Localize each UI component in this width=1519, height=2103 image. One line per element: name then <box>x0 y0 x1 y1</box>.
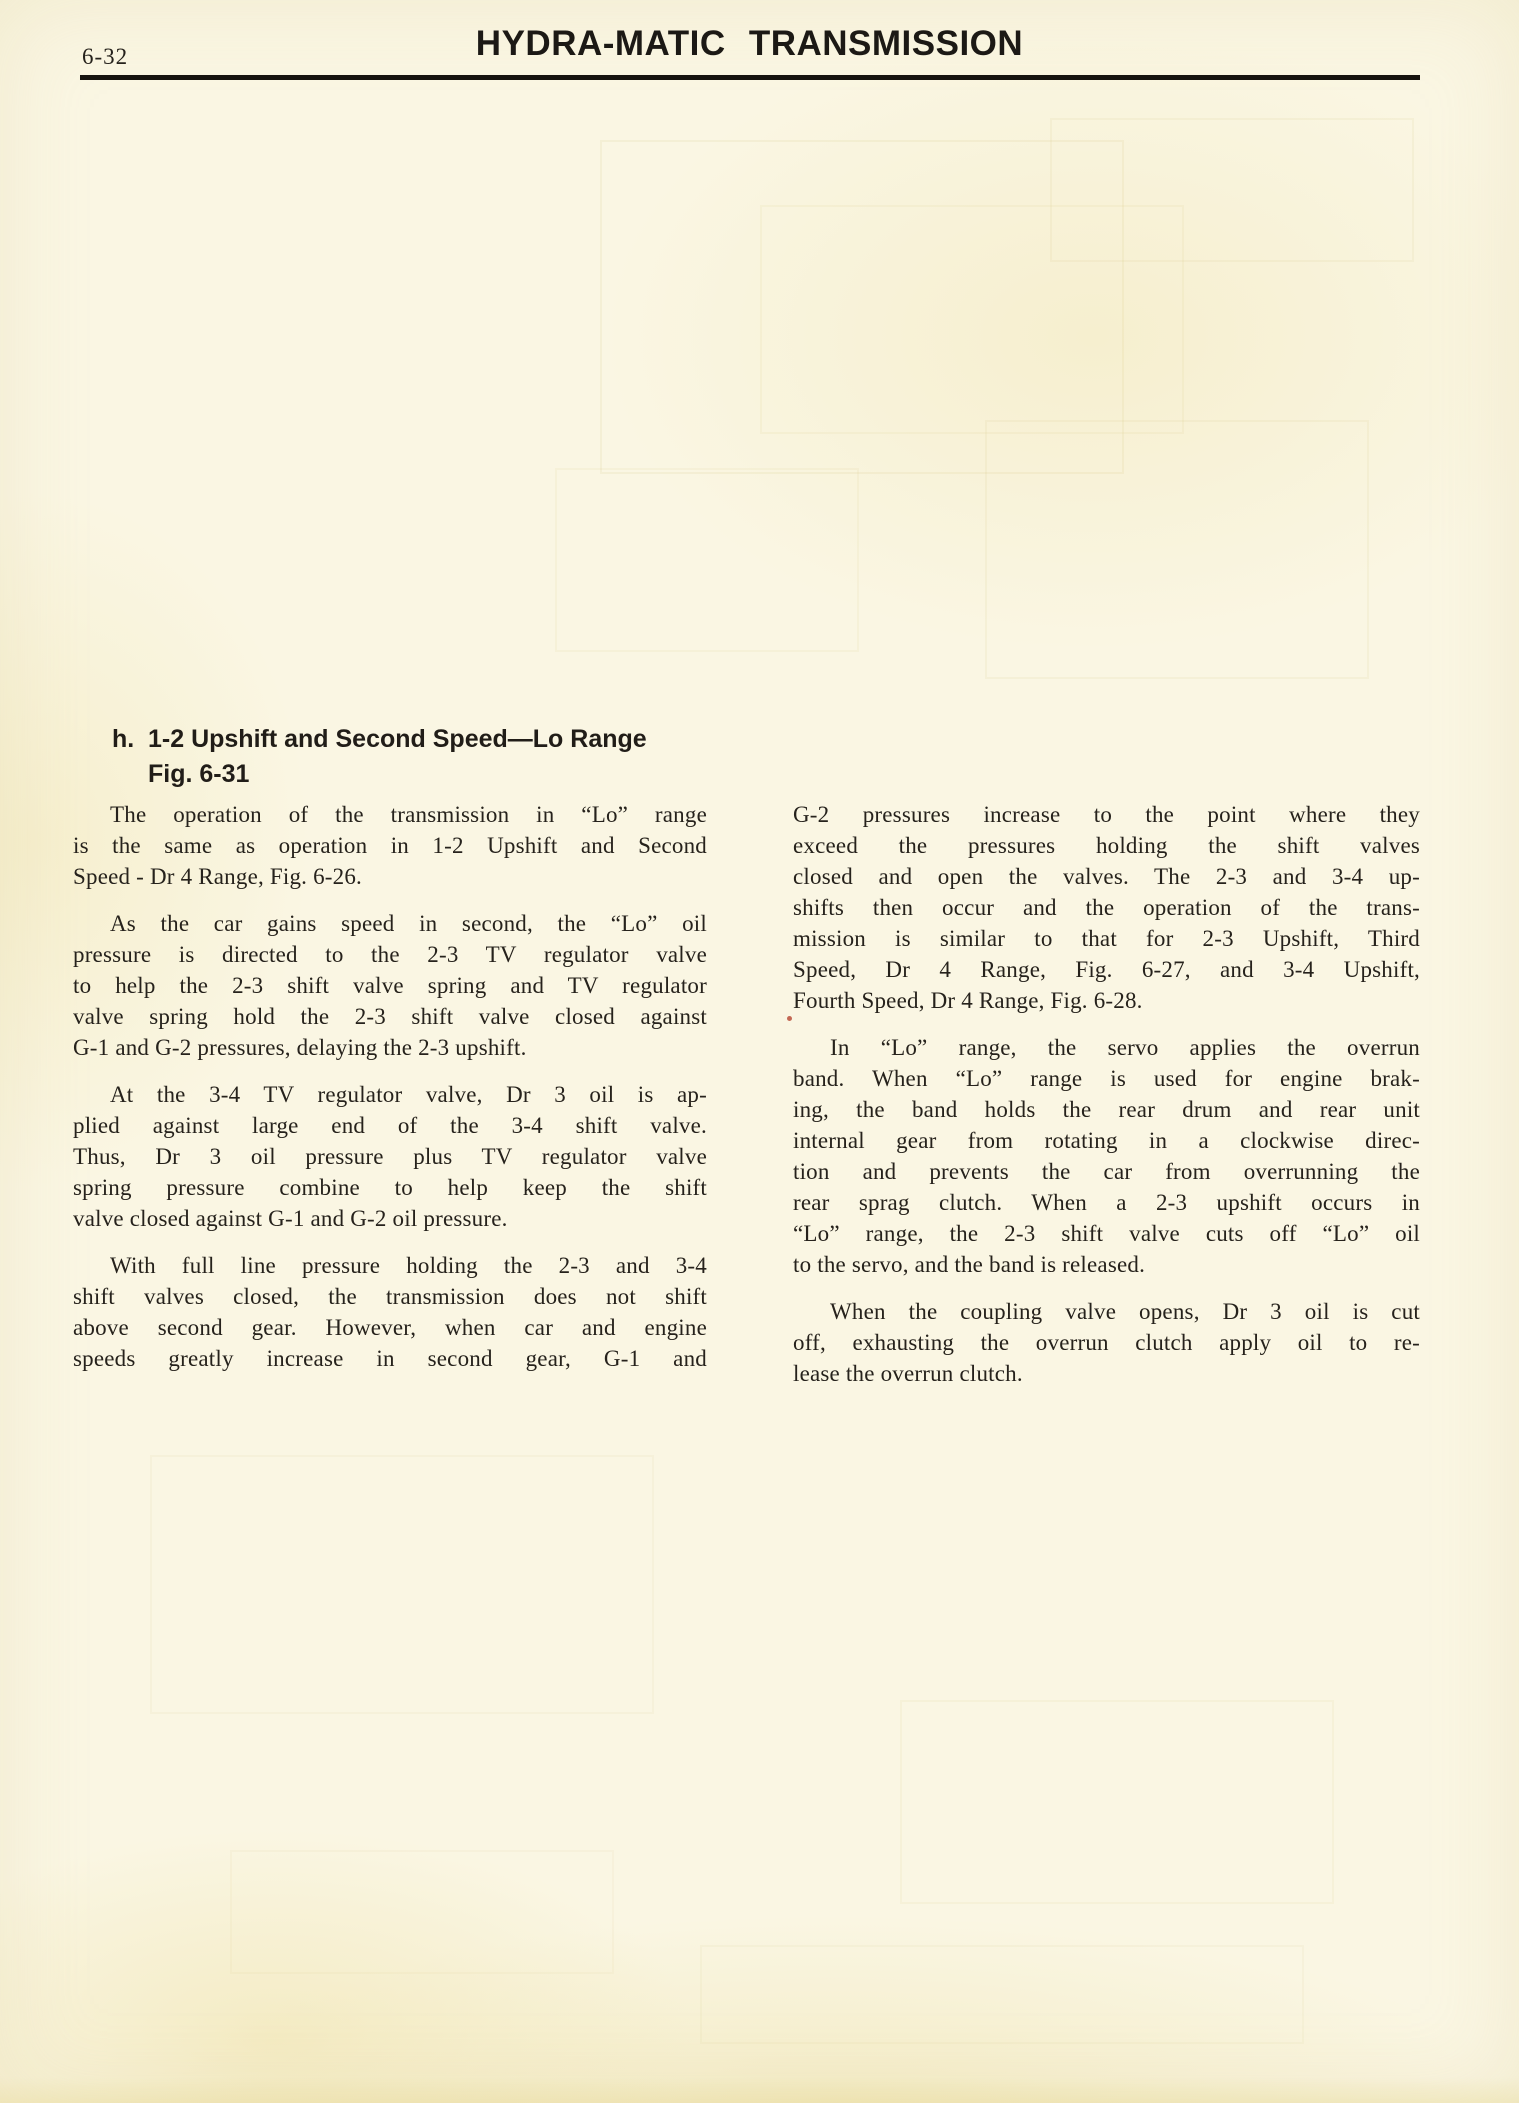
text-line: Thus, Dr 3 oil pressure plus TV regulato… <box>73 1141 707 1172</box>
text-line: Speed, Dr 4 Range, Fig. 6-27, and 3-4 Up… <box>793 954 1420 985</box>
text-line: tion and prevents the car from overrunni… <box>793 1156 1420 1187</box>
text-line: is the same as operation in 1-2 Upshift … <box>73 830 707 861</box>
text-line: valve closed against G-1 and G-2 oil pre… <box>73 1203 707 1234</box>
text-line: valve spring hold the 2-3 shift valve cl… <box>73 1001 707 1032</box>
text-line: to help the 2-3 shift valve spring and T… <box>73 970 707 1001</box>
bleed-through-rectangle <box>700 1945 1304 2044</box>
text-line: As the car gains speed in second, the “L… <box>73 908 707 939</box>
ink-fleck <box>787 1016 792 1021</box>
paragraph: When the coupling valve opens, Dr 3 oil … <box>793 1296 1420 1389</box>
paragraph: With full line pressure holding the 2-3 … <box>73 1250 707 1374</box>
paragraph: In “Lo” range, the servo applies the ove… <box>793 1032 1420 1280</box>
text-line: closed and open the valves. The 2-3 and … <box>793 861 1420 892</box>
bleed-through-rectangle <box>1050 118 1414 262</box>
section-heading-line: h.1-2 Upshift and Second Speed—Lo Range <box>112 722 712 757</box>
section-subtitle: Fig. 6-31 <box>148 757 712 792</box>
text-line: “Lo” range, the 2-3 shift valve cuts off… <box>793 1218 1420 1249</box>
text-line: rear sprag clutch. When a 2-3 upshift oc… <box>793 1187 1420 1218</box>
bleed-through-rectangle <box>985 420 1369 679</box>
text-line: lease the overrun clutch. <box>793 1358 1420 1389</box>
manual-page: 6-32 HYDRA-MATIC TRANSMISSION h.1-2 Upsh… <box>0 0 1519 2103</box>
bleed-through-rectangle <box>555 468 859 652</box>
text-line: spring pressure combine to help keep the… <box>73 1172 707 1203</box>
text-line: At the 3-4 TV regulator valve, Dr 3 oil … <box>73 1079 707 1110</box>
paragraph: As the car gains speed in second, the “L… <box>73 908 707 1063</box>
paragraph: The operation of the transmission in “Lo… <box>73 799 707 892</box>
text-line: G-2 pressures increase to the point wher… <box>793 799 1420 830</box>
text-line: With full line pressure holding the 2-3 … <box>73 1250 707 1281</box>
bleed-through-rectangle <box>150 1455 654 1714</box>
text-line: pressure is directed to the 2-3 TV regul… <box>73 939 707 970</box>
page-bottom-shading <box>0 2077 1519 2103</box>
text-line: In “Lo” range, the servo applies the ove… <box>793 1032 1420 1063</box>
section-title: 1-2 Upshift and Second Speed—Lo Range <box>148 725 647 753</box>
text-line: exceed the pressures holding the shift v… <box>793 830 1420 861</box>
page-title: HYDRA-MATIC TRANSMISSION <box>0 24 1499 64</box>
bleed-through-rectangle <box>230 1850 614 1974</box>
text-line: mission is similar to that for 2-3 Upshi… <box>793 923 1420 954</box>
text-line: G-1 and G-2 pressures, delaying the 2-3 … <box>73 1032 707 1063</box>
text-line: Speed - Dr 4 Range, Fig. 6-26. <box>73 861 707 892</box>
text-line: shift valves closed, the transmission do… <box>73 1281 707 1312</box>
text-line: to the servo, and the band is released. <box>793 1249 1420 1280</box>
section-heading: h.1-2 Upshift and Second Speed—Lo Range … <box>112 722 712 792</box>
text-line: band. When “Lo” range is used for engine… <box>793 1063 1420 1094</box>
text-line: When the coupling valve opens, Dr 3 oil … <box>793 1296 1420 1327</box>
header-rule <box>80 75 1420 80</box>
text-line: above second gear. However, when car and… <box>73 1312 707 1343</box>
paragraph: G-2 pressures increase to the point wher… <box>793 799 1420 1016</box>
left-column: The operation of the transmission in “Lo… <box>73 799 707 1374</box>
text-line: ing, the band holds the rear drum and re… <box>793 1094 1420 1125</box>
text-line: off, exhausting the overrun clutch apply… <box>793 1327 1420 1358</box>
text-line: speeds greatly increase in second gear, … <box>73 1343 707 1374</box>
text-line: Fourth Speed, Dr 4 Range, Fig. 6-28. <box>793 985 1420 1016</box>
paragraph: At the 3-4 TV regulator valve, Dr 3 oil … <box>73 1079 707 1234</box>
section-label: h. <box>112 722 148 757</box>
text-line: plied against large end of the 3-4 shift… <box>73 1110 707 1141</box>
text-line: shifts then occur and the operation of t… <box>793 892 1420 923</box>
bleed-through-rectangle <box>900 1700 1334 1904</box>
right-column: G-2 pressures increase to the point wher… <box>793 799 1420 1389</box>
text-line: internal gear from rotating in a clockwi… <box>793 1125 1420 1156</box>
text-line: The operation of the transmission in “Lo… <box>73 799 707 830</box>
